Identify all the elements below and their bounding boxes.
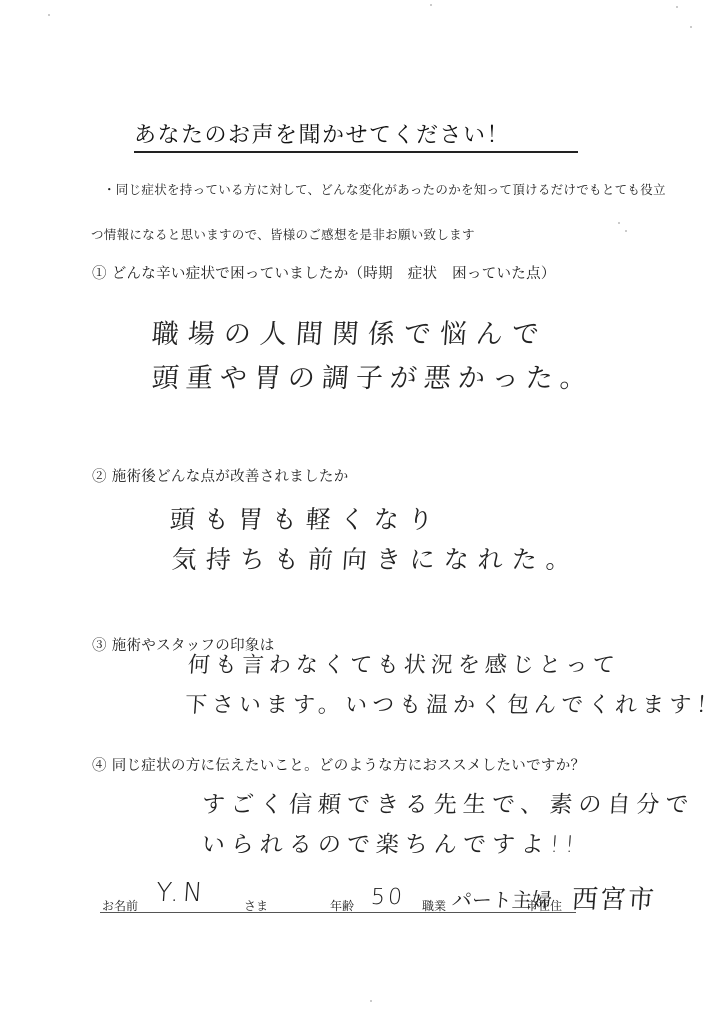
question-2-label: ② 施術後どんな点が改善されましたか	[92, 465, 349, 486]
scan-speck	[48, 14, 50, 16]
scan-speck	[618, 222, 620, 224]
signature-underline	[100, 912, 576, 913]
age-value: 50	[370, 885, 406, 910]
residence-value: 西宮市	[571, 879, 658, 916]
scan-speck	[676, 6, 678, 8]
question-2-answer-line-2: 気持ちも前向きになれた。	[171, 540, 582, 576]
title-underline	[134, 151, 578, 153]
question-1-answer-line-1: 職場の人間関係で悩んで	[151, 312, 550, 351]
question-2-answer-line-1: 頭も胃も軽くなり	[169, 500, 444, 536]
question-3-answer-line-2: 下さいます。いつも温かく包んでくれます！	[184, 688, 722, 719]
scan-speck	[690, 26, 692, 28]
question-1-label: ① どんな辛い症状で困っていましたか（時期 症状 困っていた点）	[92, 262, 556, 283]
scan-speck	[370, 1000, 372, 1002]
name-value: Y.N	[155, 878, 207, 908]
intro-text-line-2: つ情報になると思いますので、皆様のご感想を是非お願い致します	[91, 225, 475, 243]
testimonial-form-page: あなたのお声を聞かせてください！ ・同じ症状を持っている方に対して、どんな変化が…	[0, 0, 722, 1024]
form-title: あなたのお声を聞かせてください！	[134, 118, 580, 149]
question-4-answer-line-1: すごく信頼できる先生で、素の自分で	[201, 786, 696, 819]
intro-text-line-1: ・同じ症状を持っている方に対して、どんな変化があったのかを知って頂けるだけでもと…	[103, 180, 666, 198]
question-1-answer-line-2: 頭重や胃の調子が悪かった。	[151, 356, 596, 395]
question-4-answer-line-2: いられるので楽ちんですよ!!	[201, 826, 582, 859]
question-4-label: ④ 同じ症状の方に伝えたいこと。どのような方におススメしたいですか？	[92, 754, 585, 775]
scan-speck	[430, 4, 432, 6]
question-3-answer-line-1: 何も言わなくても状況を感じとって	[187, 648, 621, 679]
scan-speck	[625, 230, 627, 232]
